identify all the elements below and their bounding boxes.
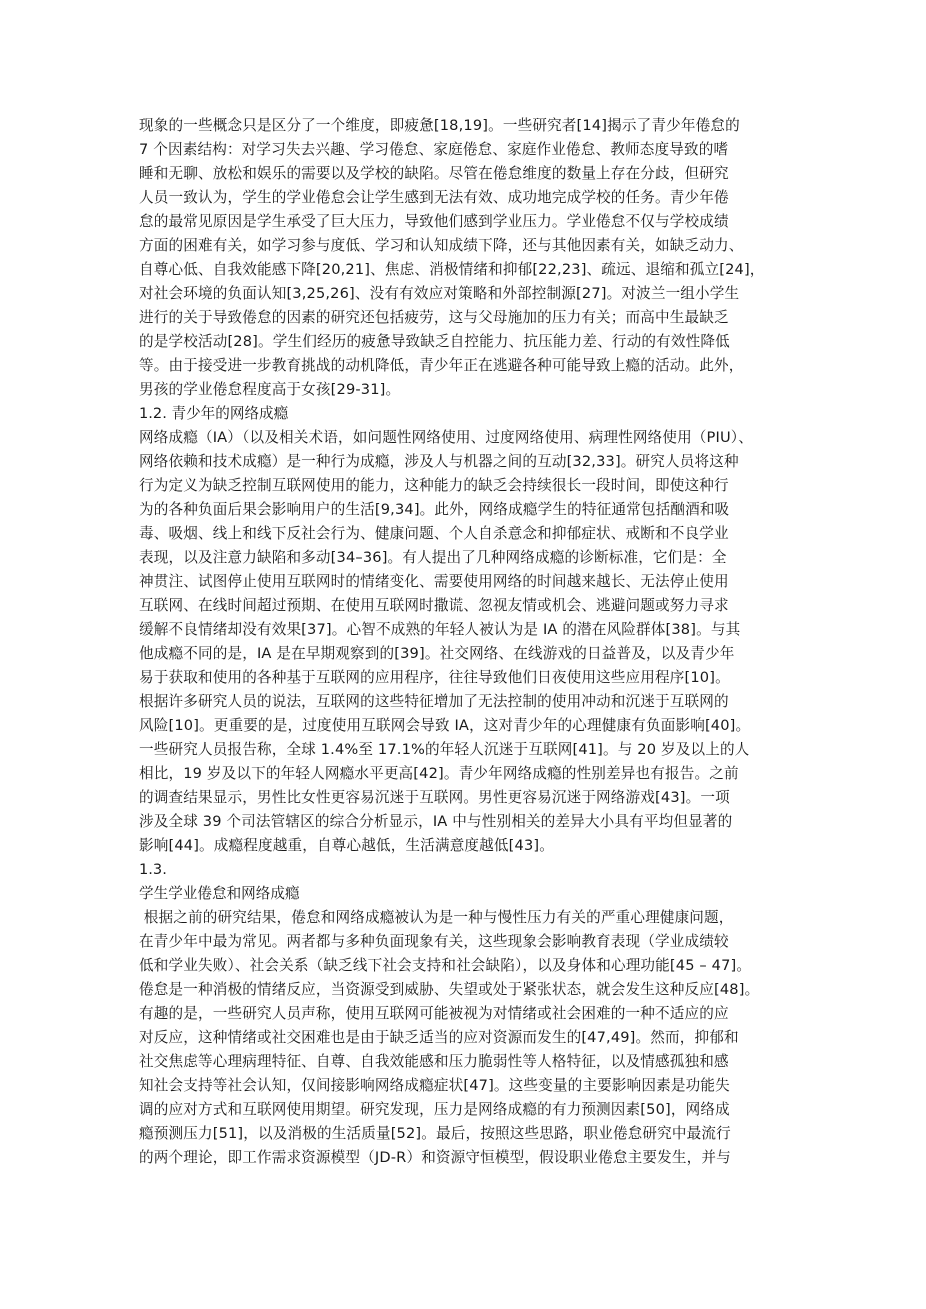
text-line: 7 个因素结构：对学习失去兴趣、学习倦怠、家庭倦怠、家庭作业倦怠、教师态度导致的… — [139, 138, 789, 162]
section-heading-1-2: 1.2. 青少年的网络成瘾 — [139, 402, 789, 426]
text-line: 知社会支持等社会认知，仅间接影响网络成瘾症状[47]。这些变量的主要影响因素是功… — [139, 1074, 789, 1098]
text-line: 的两个理论，即工作需求资源模型（JD-R）和资源守恒模型，假设职业倦怠主要发生，… — [139, 1146, 789, 1170]
text-line: 怠的最常见原因是学生承受了巨大压力，导致他们感到学业压力。学业倦怠不仅与学校成绩 — [139, 210, 789, 234]
paragraph-internet-addiction: 网络成瘾（IA）（以及相关术语，如问题性网络使用、过度网络使用、病理性网络使用（… — [139, 426, 789, 858]
text-line: 一些研究人员报告称，全球 1.4%至 17.1%的年轻人沉迷于互联网[41]。与… — [139, 738, 789, 762]
text-line: 他成瘾不同的是，IA 是在早期观察到的[39]。社交网络、在线游戏的日益普及，以… — [139, 642, 789, 666]
text-line: 根据之前的研究结果，倦怠和网络成瘾被认为是一种与慢性压力有关的严重心理健康问题， — [139, 906, 789, 930]
text-line: 毒、吸烟、线上和线下反社会行为、健康问题、个人自杀意念和抑郁症状、戒断和不良学业 — [139, 522, 789, 546]
text-line: 涉及全球 39 个司法管辖区的综合分析显示，IA 中与性别相关的差异大小具有平均… — [139, 810, 789, 834]
text-line: 进行的关于导致倦怠的因素的研究还包括疲劳，这与父母施加的压力有关；而高中生最缺乏 — [139, 306, 789, 330]
text-line: 社交焦虑等心理病理特征、自尊、自我效能感和压力脆弱性等人格特征，以及情感孤独和感 — [139, 1050, 789, 1074]
text-line: 影响[44]。成瘾程度越重，自尊心越低，生活满意度越低[43]。 — [139, 834, 789, 858]
text-line: 调的应对方式和互联网使用期望。研究发现，压力是网络成瘾的有力预测因素[50]，网… — [139, 1098, 789, 1122]
text-line: 风险[10]。更重要的是，过度使用互联网会导致 IA，这对青少年的心理健康有负面… — [139, 714, 789, 738]
text-line: 神贯注、试图停止使用互联网时的情绪变化、需要使用网络的时间越来越长、无法停止使用 — [139, 570, 789, 594]
text-line: 相比，19 岁及以下的年轻人网瘾水平更高[42]。青少年网络成瘾的性别差异也有报… — [139, 762, 789, 786]
text-line: 的调查结果显示，男性比女性更容易沉迷于互联网。男性更容易沉迷于网络游戏[43]。… — [139, 786, 789, 810]
text-line: 自尊心低、自我效能感下降[20,21]、焦虑、消极情绪和抑郁[22,23]、疏远… — [139, 258, 789, 282]
text-line: 倦怠是一种消极的情绪反应，当资源受到威胁、失望或处于紧张状态，就会发生这种反应[… — [139, 978, 789, 1002]
text-line: 有趣的是，一些研究人员声称，使用互联网可能被视为对情绪或社会困难的一种不适应的应 — [139, 1002, 789, 1026]
text-line: 根据许多研究人员的说法，互联网的这些特征增加了无法控制的使用冲动和沉迷于互联网的 — [139, 690, 789, 714]
text-line: 方面的困难有关，如学习参与度低、学习和认知成绩下降，还与其他因素有关，如缺乏动力… — [139, 234, 789, 258]
text-line: 缓解不良情绪却没有效果[37]。心智不成熟的年轻人被认为是 IA 的潜在风险群体… — [139, 618, 789, 642]
paragraph-burnout-factors: 现象的一些概念只是区分了一个维度，即疲惫[18,19]。一些研究者[14]揭示了… — [139, 114, 789, 402]
document-page: 现象的一些概念只是区分了一个维度，即疲惫[18,19]。一些研究者[14]揭示了… — [139, 114, 789, 1170]
text-line: 男孩的学业倦怠程度高于女孩[29-31]。 — [139, 378, 789, 402]
text-line: 现象的一些概念只是区分了一个维度，即疲惫[18,19]。一些研究者[14]揭示了… — [139, 114, 789, 138]
text-line: 在青少年中最为常见。两者都与多种负面现象有关，这些现象会影响教育表现（学业成绩较 — [139, 930, 789, 954]
section-heading-1-3-title: 学生学业倦怠和网络成瘾 — [139, 882, 789, 906]
text-line: 对反应，这种情绪或社交困难也是由于缺乏适当的应对资源而发生的[47,49]。然而… — [139, 1026, 789, 1050]
text-line: 网络依赖和技术成瘾）是一种行为成瘾，涉及人与机器之间的互动[32,33]。研究人… — [139, 450, 789, 474]
text-line: 对社会环境的负面认知[3,25,26]、没有有效应对策略和外部控制源[27]。对… — [139, 282, 789, 306]
text-line: 网络成瘾（IA）（以及相关术语，如问题性网络使用、过度网络使用、病理性网络使用（… — [139, 426, 789, 450]
text-line: 等。由于接受进一步教育挑战的动机降低，青少年正在逃避各种可能导致上瘾的活动。此外… — [139, 354, 789, 378]
section-heading-1-3-number: 1.3. — [139, 858, 789, 882]
text-line: 互联网、在线时间超过预期、在使用互联网时撒谎、忽视友情或机会、逃避问题或努力寻求 — [139, 594, 789, 618]
text-line: 的是学校活动[28]。学生们经历的疲惫导致缺乏自控能力、抗压能力差、行动的有效性… — [139, 330, 789, 354]
text-line: 瘾预测压力[51]，以及消极的生活质量[52]。最后，按照这些思路，职业倦怠研究… — [139, 1122, 789, 1146]
text-line: 表现，以及注意力缺陷和多动[34–36]。有人提出了几种网络成瘾的诊断标准，它们… — [139, 546, 789, 570]
text-line: 睡和无聊、放松和娱乐的需要以及学校的缺陷。尽管在倦怠维度的数量上存在分歧，但研究 — [139, 162, 789, 186]
text-line: 行为定义为缺乏控制互联网使用的能力，这种能力的缺乏会持续很长一段时间，即使这种行 — [139, 474, 789, 498]
text-line: 低和学业失败）、社会关系（缺乏线下社会支持和社会缺陷），以及身体和心理功能[45… — [139, 954, 789, 978]
text-line: 易于获取和使用的各种基于互联网的应用程序，往往导致他们日夜使用这些应用程序[10… — [139, 666, 789, 690]
paragraph-burnout-and-addiction: 根据之前的研究结果，倦怠和网络成瘾被认为是一种与慢性压力有关的严重心理健康问题，… — [139, 906, 789, 1170]
text-line: 人员一致认为，学生的学业倦怠会让学生感到无法有效、成功地完成学校的任务。青少年倦 — [139, 186, 789, 210]
text-line: 为的各种负面后果会影响用户的生活[9,34]。此外，网络成瘾学生的特征通常包括酗… — [139, 498, 789, 522]
